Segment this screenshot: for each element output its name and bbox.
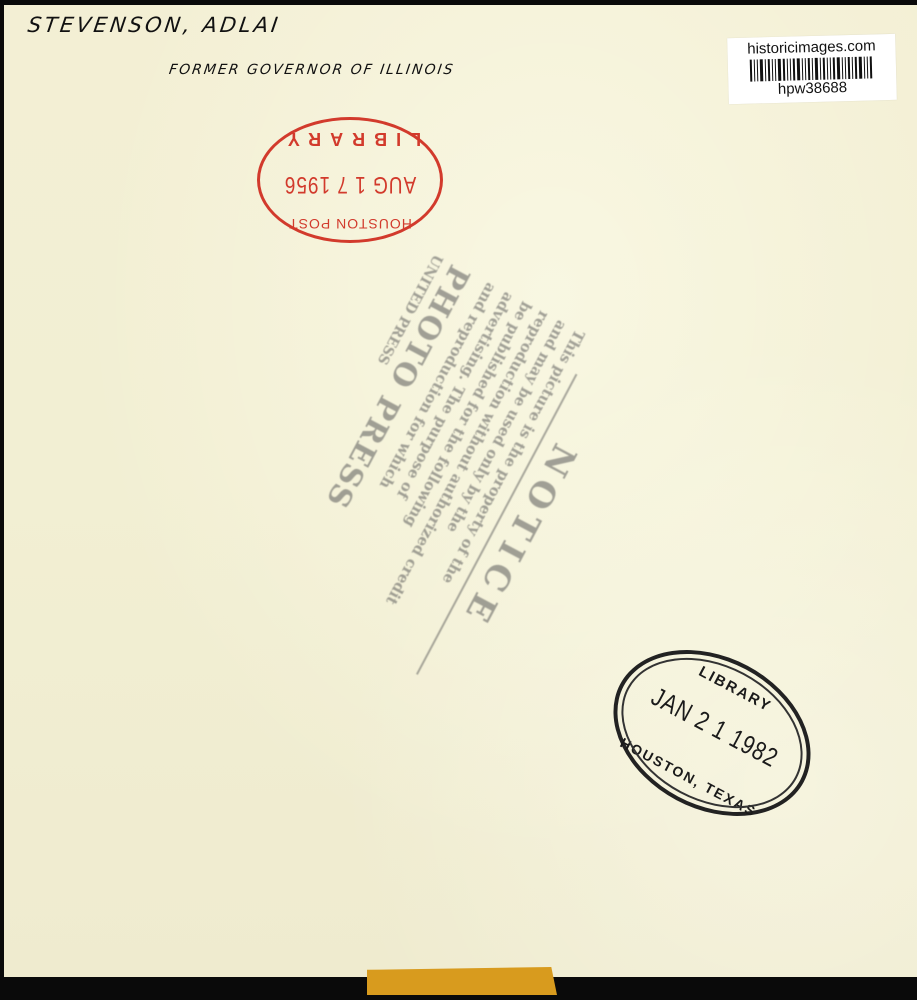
barcode-site: historicimages.com bbox=[727, 37, 895, 58]
stamp-black-bottom: HOUSTON, TEXAS bbox=[596, 723, 780, 831]
houston-library-stamp: LIBRARY JAN 2 1 1982 HOUSTON, TEXAS bbox=[584, 617, 839, 849]
houston-post-library-stamp: HOUSTON POST AUG 1 7 1956 LIBRARY bbox=[257, 117, 443, 243]
notice-stamp: NOTICE This picture is the property of t… bbox=[173, 219, 635, 731]
masking-tape bbox=[367, 967, 557, 995]
stamp-red-bottom: LIBRARY bbox=[260, 128, 440, 149]
stamp-black-date: JAN 2 1 1982 bbox=[619, 668, 810, 788]
stamp-red-top: HOUSTON POST bbox=[260, 216, 440, 232]
handwritten-title: FORMER GOVERNOR OF ILLINOIS bbox=[168, 62, 456, 78]
stamp-red-date: AUG 1 7 1956 bbox=[260, 169, 440, 197]
photo-back-paper: STEVENSON, ADLAI FORMER GOVERNOR OF ILLI… bbox=[4, 5, 917, 977]
barcode-label: historicimages.com hpw38688 bbox=[727, 34, 897, 104]
handwritten-name: STEVENSON, ADLAI bbox=[26, 13, 282, 37]
stamp-black-top: LIBRARY bbox=[643, 635, 828, 744]
